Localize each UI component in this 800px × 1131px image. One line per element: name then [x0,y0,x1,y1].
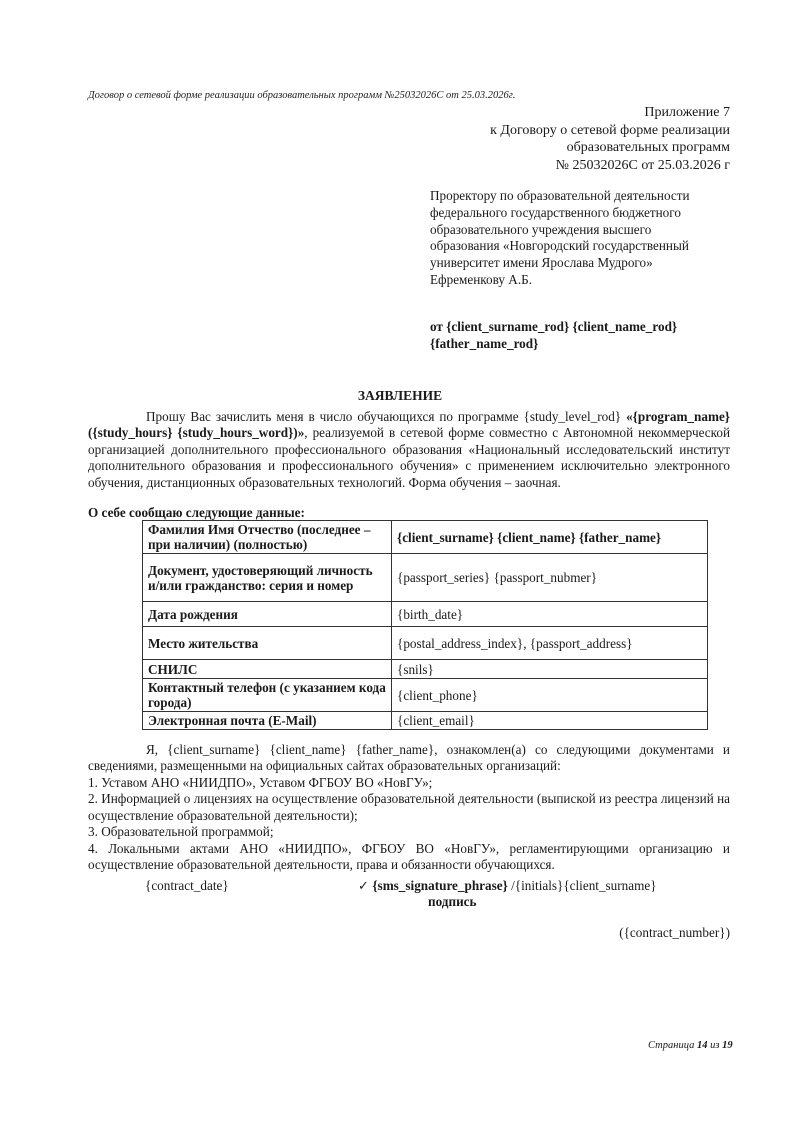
row-value: {postal_address_index}, {passport_addres… [392,627,708,660]
application-paragraph: Прошу Вас зачислить меня в число обучающ… [88,409,730,491]
page-current: 14 [697,1040,708,1051]
signature-name: /{initials}{client_surname} [508,878,657,893]
row-value: {client_surname} {client_name} {father_n… [392,521,708,554]
row-label: СНИЛС [143,660,392,679]
personal-data-table: Фамилия Имя Отчество (последнее – при на… [142,520,708,730]
page-separator: из [707,1040,722,1051]
table-row: Место жительства {postal_address_index},… [143,627,708,660]
row-label: Контактный телефон (с указанием кода гор… [143,679,392,712]
intro-text: Прошу Вас зачислить меня в число обучающ… [146,409,626,424]
addressee-line: университет имени Ярослава Мудрого» [430,255,750,272]
row-value: {client_phone} [392,679,708,712]
table-row: Дата рождения {birth_date} [143,602,708,627]
appendix-line: № 25032026С от 25.03.2026 г [330,157,730,175]
signature-line: ✓ {sms_signature_phrase} /{initials}{cli… [358,878,657,894]
applicant-line: {father_name_rod} [430,336,750,353]
row-label: Дата рождения [143,602,392,627]
appendix-line: к Договору о сетевой форме реализации [330,122,730,140]
addressee-block: Проректору по образовательной деятельнос… [430,188,750,289]
applicant-block: от {client_surname_rod} {client_name_rod… [430,319,750,353]
acknowledged-documents-list: 1. Уставом АНО «НИИДПО», Уставом ФГБОУ В… [88,775,730,873]
table-row: СНИЛС {snils} [143,660,708,679]
addressee-line: федерального государственного бюджетного [430,205,750,222]
signature-date: {contract_date} [145,878,229,894]
table-row: Фамилия Имя Отчество (последнее – при на… [143,521,708,554]
list-item: 3. Образовательной программой; [88,824,730,840]
table-row: Документ, удостоверяющий личность и/или … [143,554,708,602]
page-total: 19 [722,1040,733,1051]
table-row: Электронная почта (E-Mail) {client_email… [143,712,708,730]
document-title: ЗАЯВЛЕНИЕ [0,388,800,404]
row-value: {client_email} [392,712,708,730]
appendix-line: образовательных программ [330,139,730,157]
row-label: Электронная почта (E-Mail) [143,712,392,730]
page-prefix: Страница [648,1040,697,1051]
list-item: 1. Уставом АНО «НИИДПО», Уставом ФГБОУ В… [88,775,730,791]
row-label: Документ, удостоверяющий личность и/или … [143,554,392,602]
row-value: {passport_series} {passport_nubmer} [392,554,708,602]
addressee-line: Проректору по образовательной деятельнос… [430,188,750,205]
appendix-block: Приложение 7 к Договору о сетевой форме … [330,104,730,174]
list-item: 2. Информацией о лицензиях на осуществле… [88,791,730,824]
appendix-line: Приложение 7 [330,104,730,122]
addressee-line: образовательного учреждения высшего [430,222,750,239]
row-label: Фамилия Имя Отчество (последнее – при на… [143,521,392,554]
check-icon: ✓ [358,878,369,893]
applicant-line: от {client_surname_rod} {client_name_rod… [430,319,750,336]
sms-signature-phrase: {sms_signature_phrase} [372,878,507,893]
addressee-line: Ефременкову А.Б. [430,272,750,289]
addressee-line: образования «Новгородский государственны… [430,238,750,255]
row-label: Место жительства [143,627,392,660]
contract-header-note: Договор о сетевой форме реализации образ… [88,90,515,101]
acknowledgement-paragraph: Я, {client_surname} {client_name} {fathe… [88,742,730,775]
page-number: Страница 14 из 19 [648,1040,733,1051]
row-value: {snils} [392,660,708,679]
contract-number: ({contract_number}) [619,925,730,941]
personal-data-label: О себе сообщаю следующие данные: [88,505,305,521]
row-value: {birth_date} [392,602,708,627]
list-item: 4. Локальными актами АНО «НИИДПО», ФГБОУ… [88,841,730,874]
table-row: Контактный телефон (с указанием кода гор… [143,679,708,712]
signature-caption: подпись [428,894,477,910]
document-page: Договор о сетевой форме реализации образ… [0,0,800,1131]
